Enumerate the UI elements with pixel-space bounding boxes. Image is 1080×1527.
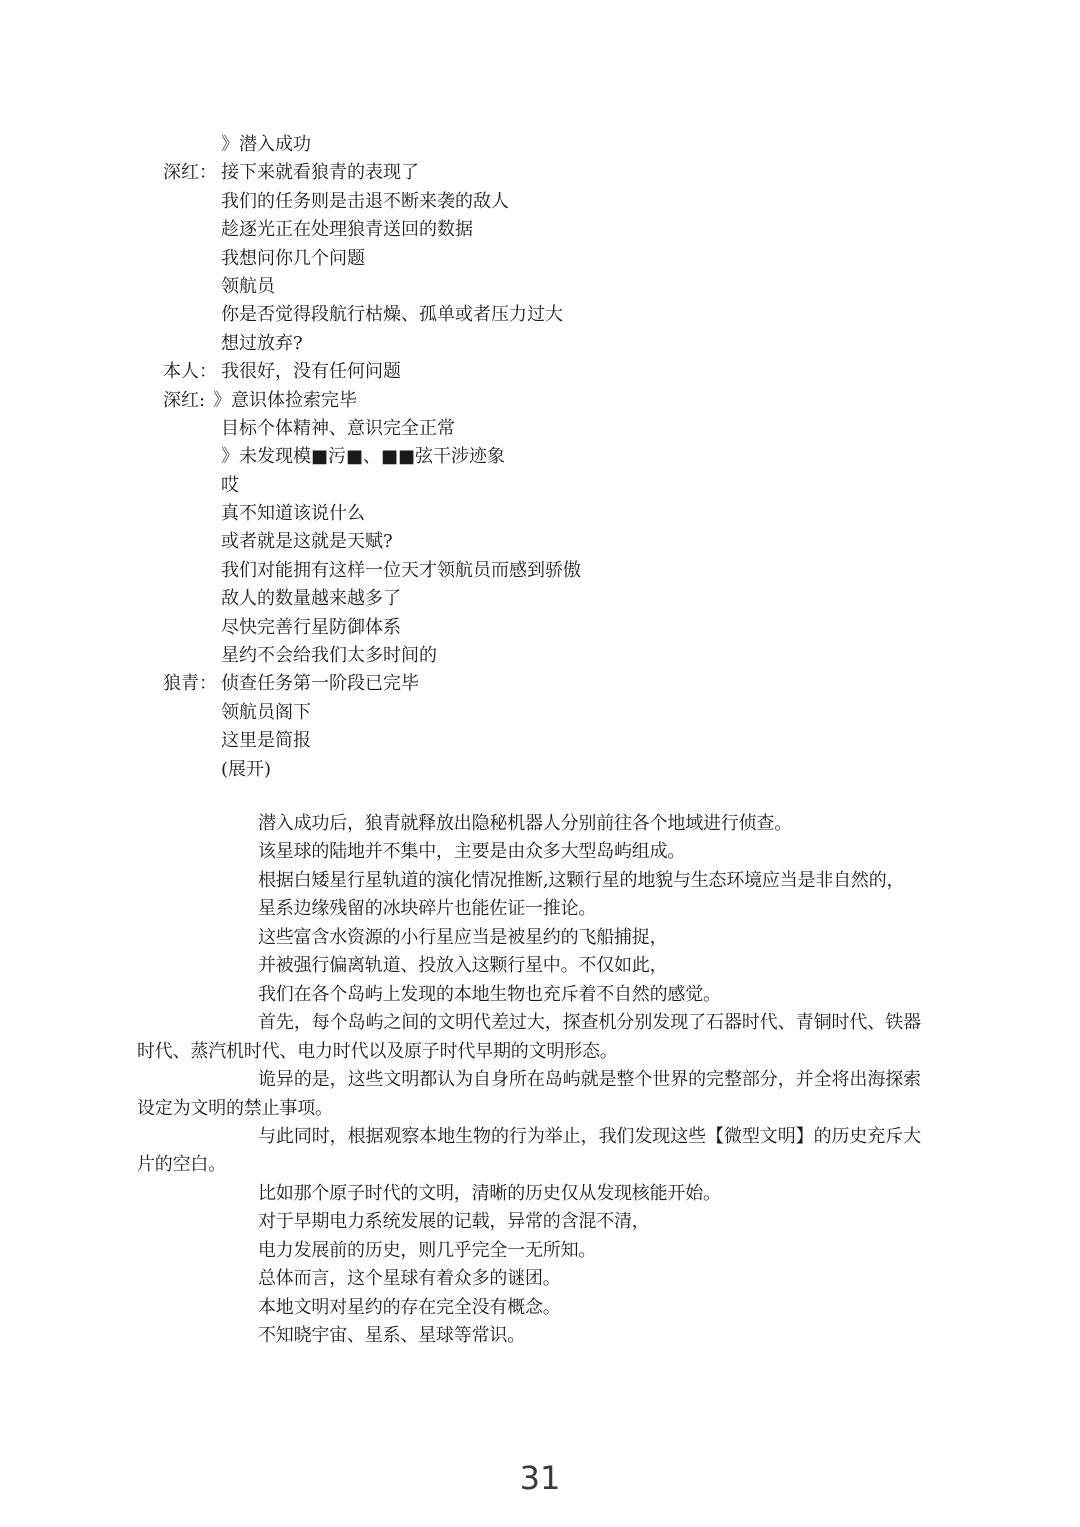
speaker-label: 狼青： xyxy=(163,670,217,698)
dialogue-line: 或者就是这就是天赋? xyxy=(163,528,863,556)
dialogue-line: 我想问你几个问题 xyxy=(163,245,863,273)
dialogue-line: 》潜入成功 xyxy=(163,131,863,159)
paragraph: 本地文明对星约的存在完全没有概念。 xyxy=(137,1294,921,1322)
dialogue-line: 想过放弃? xyxy=(163,330,863,358)
dialogue-text: 真不知道该说什么 xyxy=(221,500,365,528)
dialogue-line: 领航员 xyxy=(163,273,863,301)
expand-marker: (展开) xyxy=(221,756,271,784)
dialogue-text: 或者就是这就是天赋? xyxy=(221,528,393,556)
dialogue-text: 趁逐光正在处理狼青送回的数据 xyxy=(221,216,473,244)
dialogue-text: 尽快完善行星防御体系 xyxy=(221,614,401,642)
paragraph: 首先，每个岛屿之间的文明代差过大，探查机分别发现了石器时代、青铜时代、铁器时代、… xyxy=(137,1009,921,1066)
dialogue-text: 星约不会给我们太多时间的 xyxy=(221,642,437,670)
dialogue-line: 星约不会给我们太多时间的 xyxy=(163,642,863,670)
dialogue-line: 我们的任务则是击退不断来袭的敌人 xyxy=(163,188,863,216)
dialogue-text: 我想问你几个问题 xyxy=(221,245,365,273)
dialogue-text: 领航员 xyxy=(221,273,275,301)
paragraph: 根据白矮星行星轨道的演化情况推断,这颗行星的地貌与生态环境应当是非自然的， xyxy=(137,867,921,895)
dialogue-line: 趁逐光正在处理狼青送回的数据 xyxy=(163,216,863,244)
dialogue-line: 哎 xyxy=(163,472,863,500)
dialogue-text: 我们对能拥有这样一位天才领航员而感到骄傲 xyxy=(221,557,581,585)
dialogue-text: 》未发现模■污■、■■弦干涉迹象 xyxy=(221,443,505,471)
paragraph: 不知晓宇宙、星系、星球等常识。 xyxy=(137,1322,921,1350)
paragraph: 比如那个原子时代的文明，清晰的历史仅从发现核能开始。 xyxy=(137,1180,921,1208)
dialogue-text: 我很好，没有任何问题 xyxy=(221,358,401,386)
dialogue-text: 这里是简报 xyxy=(221,727,311,755)
dialogue-line: 深红: 》意识体捡索完毕 xyxy=(163,387,863,415)
paragraph: 对于早期电力系统发展的记载，异常的含混不清， xyxy=(137,1208,921,1236)
dialogue-text: 你是否觉得段航行枯燥、孤单或者压力过大 xyxy=(221,301,563,329)
dialogue-line: 我们对能拥有这样一位天才领航员而感到骄傲 xyxy=(163,557,863,585)
dialogue-text: 接下来就看狼青的表现了 xyxy=(221,159,419,187)
speaker-label: 深红： xyxy=(163,159,217,187)
paragraph: 总体而言，这个星球有着众多的谜团。 xyxy=(137,1265,921,1293)
paragraph: 这些富含水资源的小行星应当是被星约的飞船捕捉， xyxy=(137,924,921,952)
dialogue-line: 领航员阁下 xyxy=(163,699,863,727)
paragraph: 星系边缘残留的冰块碎片也能佐证一推论。 xyxy=(137,895,921,923)
paragraph: 并被强行偏离轨道、投放入这颗行星中。不仅如此， xyxy=(137,952,921,980)
dialogue-line: (展开) xyxy=(163,756,863,784)
dialogue-line: 你是否觉得段航行枯燥、孤单或者压力过大 xyxy=(163,301,863,329)
speaker-label: 深红: xyxy=(163,387,205,415)
paragraph: 诡异的是，这些文明都认为自身所在岛屿就是整个世界的完整部分，并全将出海探索设定为… xyxy=(137,1066,921,1123)
dialogue-line: 尽快完善行星防御体系 xyxy=(163,614,863,642)
dialogue-line: 狼青： 侦查任务第一阶段已完毕 xyxy=(163,670,863,698)
dialogue-line: 目标个体精神、意识完全正常 xyxy=(163,415,863,443)
dialogue-text: 我们的任务则是击退不断来袭的敌人 xyxy=(221,188,509,216)
page-number: 31 xyxy=(0,1458,1080,1498)
paragraph: 电力发展前的历史，则几乎完全一无所知。 xyxy=(137,1237,921,1265)
dialogue-section: 》潜入成功 深红： 接下来就看狼青的表现了 我们的任务则是击退不断来袭的敌人 趁… xyxy=(163,131,863,784)
briefing-prose: 潜入成功后，狼青就释放出隐秘机器人分别前往各个地域进行侦查。 该星球的陆地并不集… xyxy=(137,810,921,1351)
dialogue-text: 敌人的数量越来越多了 xyxy=(221,585,401,613)
dialogue-text: 哎 xyxy=(221,472,239,500)
dialogue-text: 领航员阁下 xyxy=(221,699,311,727)
dialogue-text: 侦查任务第一阶段已完毕 xyxy=(221,670,419,698)
dialogue-line: 敌人的数量越来越多了 xyxy=(163,585,863,613)
paragraph: 与此同时，根据观察本地生物的行为举止，我们发现这些【微型文明】的历史充斥大片的空… xyxy=(137,1123,921,1180)
dialogue-text: 目标个体精神、意识完全正常 xyxy=(221,415,455,443)
dialogue-line: 真不知道该说什么 xyxy=(163,500,863,528)
dialogue-text: 想过放弃? xyxy=(221,330,303,358)
paragraph: 我们在各个岛屿上发现的本地生物也充斥着不自然的感觉。 xyxy=(137,981,921,1009)
document-page: 》潜入成功 深红： 接下来就看狼青的表现了 我们的任务则是击退不断来袭的敌人 趁… xyxy=(0,0,1080,1527)
speaker-label: 本人： xyxy=(163,358,217,386)
paragraph: 潜入成功后，狼青就释放出隐秘机器人分别前往各个地域进行侦查。 xyxy=(137,810,921,838)
paragraph: 该星球的陆地并不集中，主要是由众多大型岛屿组成。 xyxy=(137,838,921,866)
dialogue-line: 这里是简报 xyxy=(163,727,863,755)
dialogue-line: 》未发现模■污■、■■弦干涉迹象 xyxy=(163,443,863,471)
dialogue-text: 》意识体捡索完毕 xyxy=(213,387,357,415)
dialogue-line: 本人： 我很好，没有任何问题 xyxy=(163,358,863,386)
dialogue-line: 深红： 接下来就看狼青的表现了 xyxy=(163,159,863,187)
dialogue-text: 》潜入成功 xyxy=(221,131,311,159)
